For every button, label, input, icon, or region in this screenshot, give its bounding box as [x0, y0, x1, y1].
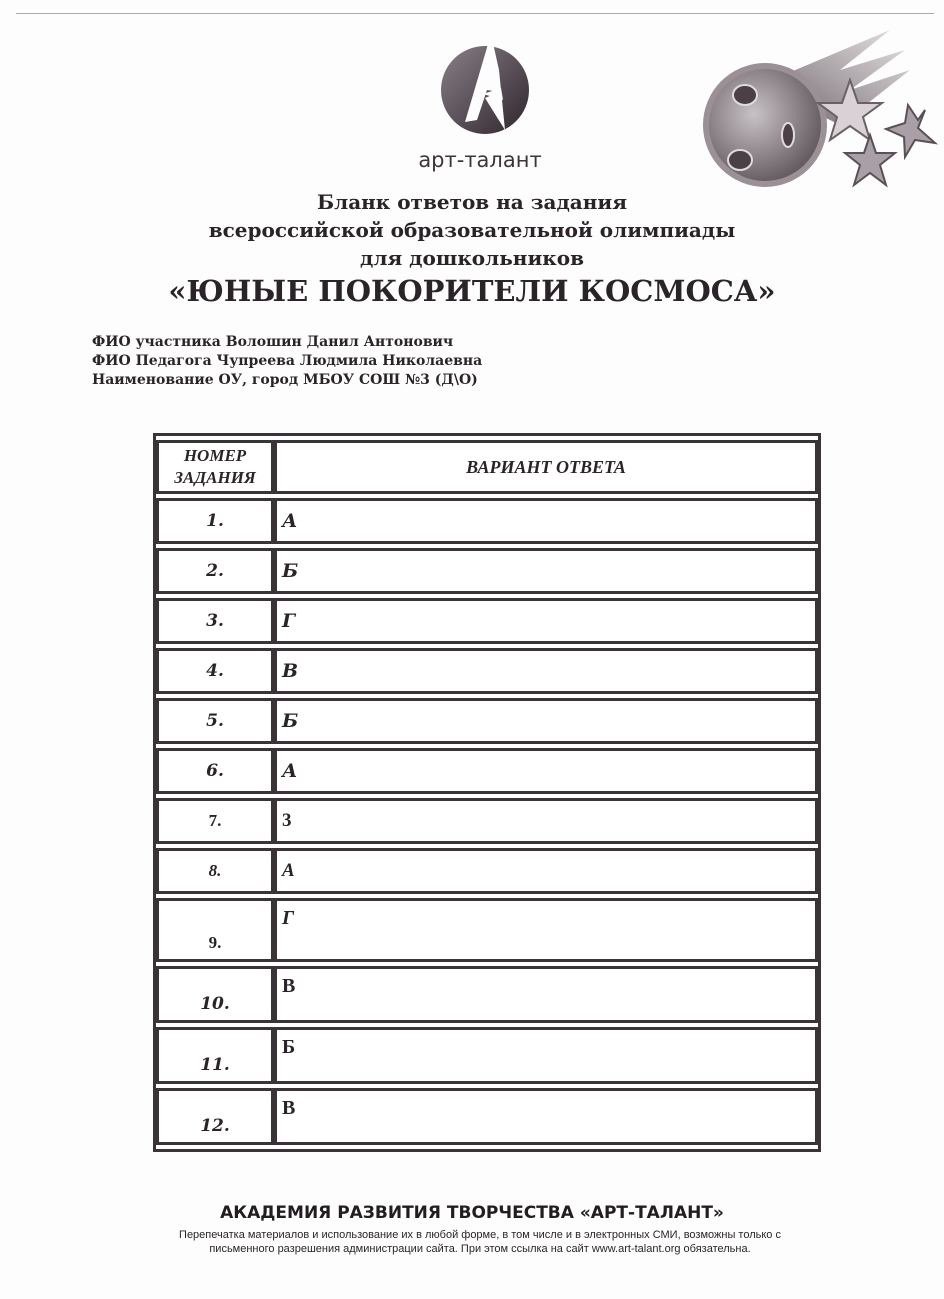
table-row: 8.А	[156, 848, 818, 894]
answer-cell: А	[274, 848, 818, 894]
header-task-number: НОМЕР ЗАДАНИЯ	[156, 440, 274, 494]
task-number: 7.	[156, 798, 274, 844]
art-talant-a-logo-icon	[435, 30, 535, 140]
task-number: 11.	[156, 1027, 274, 1084]
table-header-row: НОМЕР ЗАДАНИЯ ВАРИАНТ ОТВЕТА	[156, 440, 818, 494]
task-number: 6.	[156, 748, 274, 794]
logo-text: арт-талант	[405, 148, 555, 172]
answer-cell: Б	[274, 1027, 818, 1084]
table-row: 11.Б	[156, 1027, 818, 1084]
answer-cell: В	[274, 966, 818, 1023]
table-row: 12.В	[156, 1088, 818, 1145]
participant-name: ФИО участника Волошин Данил Антонович	[92, 333, 482, 352]
answer-cell: Г	[274, 898, 818, 962]
form-title-line1: Бланк ответов на задания	[0, 190, 944, 214]
table-row: 5.Б	[156, 698, 818, 744]
table-row: 7.3	[156, 798, 818, 844]
header-answer-variant: ВАРИАНТ ОТВЕТА	[274, 440, 818, 494]
school-name: Наименование ОУ, город МБОУ СОШ №3 (Д\О)	[92, 371, 482, 390]
answer-cell: Б	[274, 548, 818, 594]
top-scan-line	[16, 13, 934, 14]
academy-name: АКАДЕМИЯ РАЗВИТИЯ ТВОРЧЕСТВА «АРТ-ТАЛАНТ…	[0, 1203, 944, 1223]
answer-cell: А	[274, 748, 818, 794]
planet-with-stars-icon	[690, 25, 940, 205]
answer-cell: В	[274, 1088, 818, 1145]
answer-cell: Б	[274, 698, 818, 744]
answer-cell: В	[274, 648, 818, 694]
task-number: 3.	[156, 598, 274, 644]
form-title-line3: для дошкольников	[0, 246, 944, 270]
task-number: 10.	[156, 966, 274, 1023]
task-number: 2.	[156, 548, 274, 594]
table-row: 9.Г	[156, 898, 818, 962]
table-row: 2.Б	[156, 548, 818, 594]
task-number: 4.	[156, 648, 274, 694]
olympiad-title: «ЮНЫЕ ПОКОРИТЕЛИ КОСМОСА»	[0, 274, 944, 308]
task-number: 12.	[156, 1088, 274, 1145]
table-row: 1.А	[156, 498, 818, 544]
art-talant-logo	[430, 30, 540, 160]
table-row: 3.Г	[156, 598, 818, 644]
task-number: 9.	[156, 898, 274, 962]
answer-cell: 3	[274, 798, 818, 844]
task-number: 5.	[156, 698, 274, 744]
table-row: 6.А	[156, 748, 818, 794]
task-number: 1.	[156, 498, 274, 544]
participant-info: ФИО участника Волошин Данил Антонович ФИ…	[92, 333, 482, 390]
table-row: 4.В	[156, 648, 818, 694]
answer-cell: Г	[274, 598, 818, 644]
teacher-name: ФИО Педагога Чупреева Людмила Николаевна	[92, 352, 482, 371]
copyright-note: Перепечатка материалов и использование и…	[110, 1228, 850, 1256]
answer-cell: А	[274, 498, 818, 544]
table-row: 10.В	[156, 966, 818, 1023]
task-number: 8.	[156, 848, 274, 894]
answers-table: НОМЕР ЗАДАНИЯ ВАРИАНТ ОТВЕТА 1.А 2.Б 3.Г…	[153, 433, 821, 1152]
form-title-line2: всероссийской образовательной олимпиады	[0, 218, 944, 242]
